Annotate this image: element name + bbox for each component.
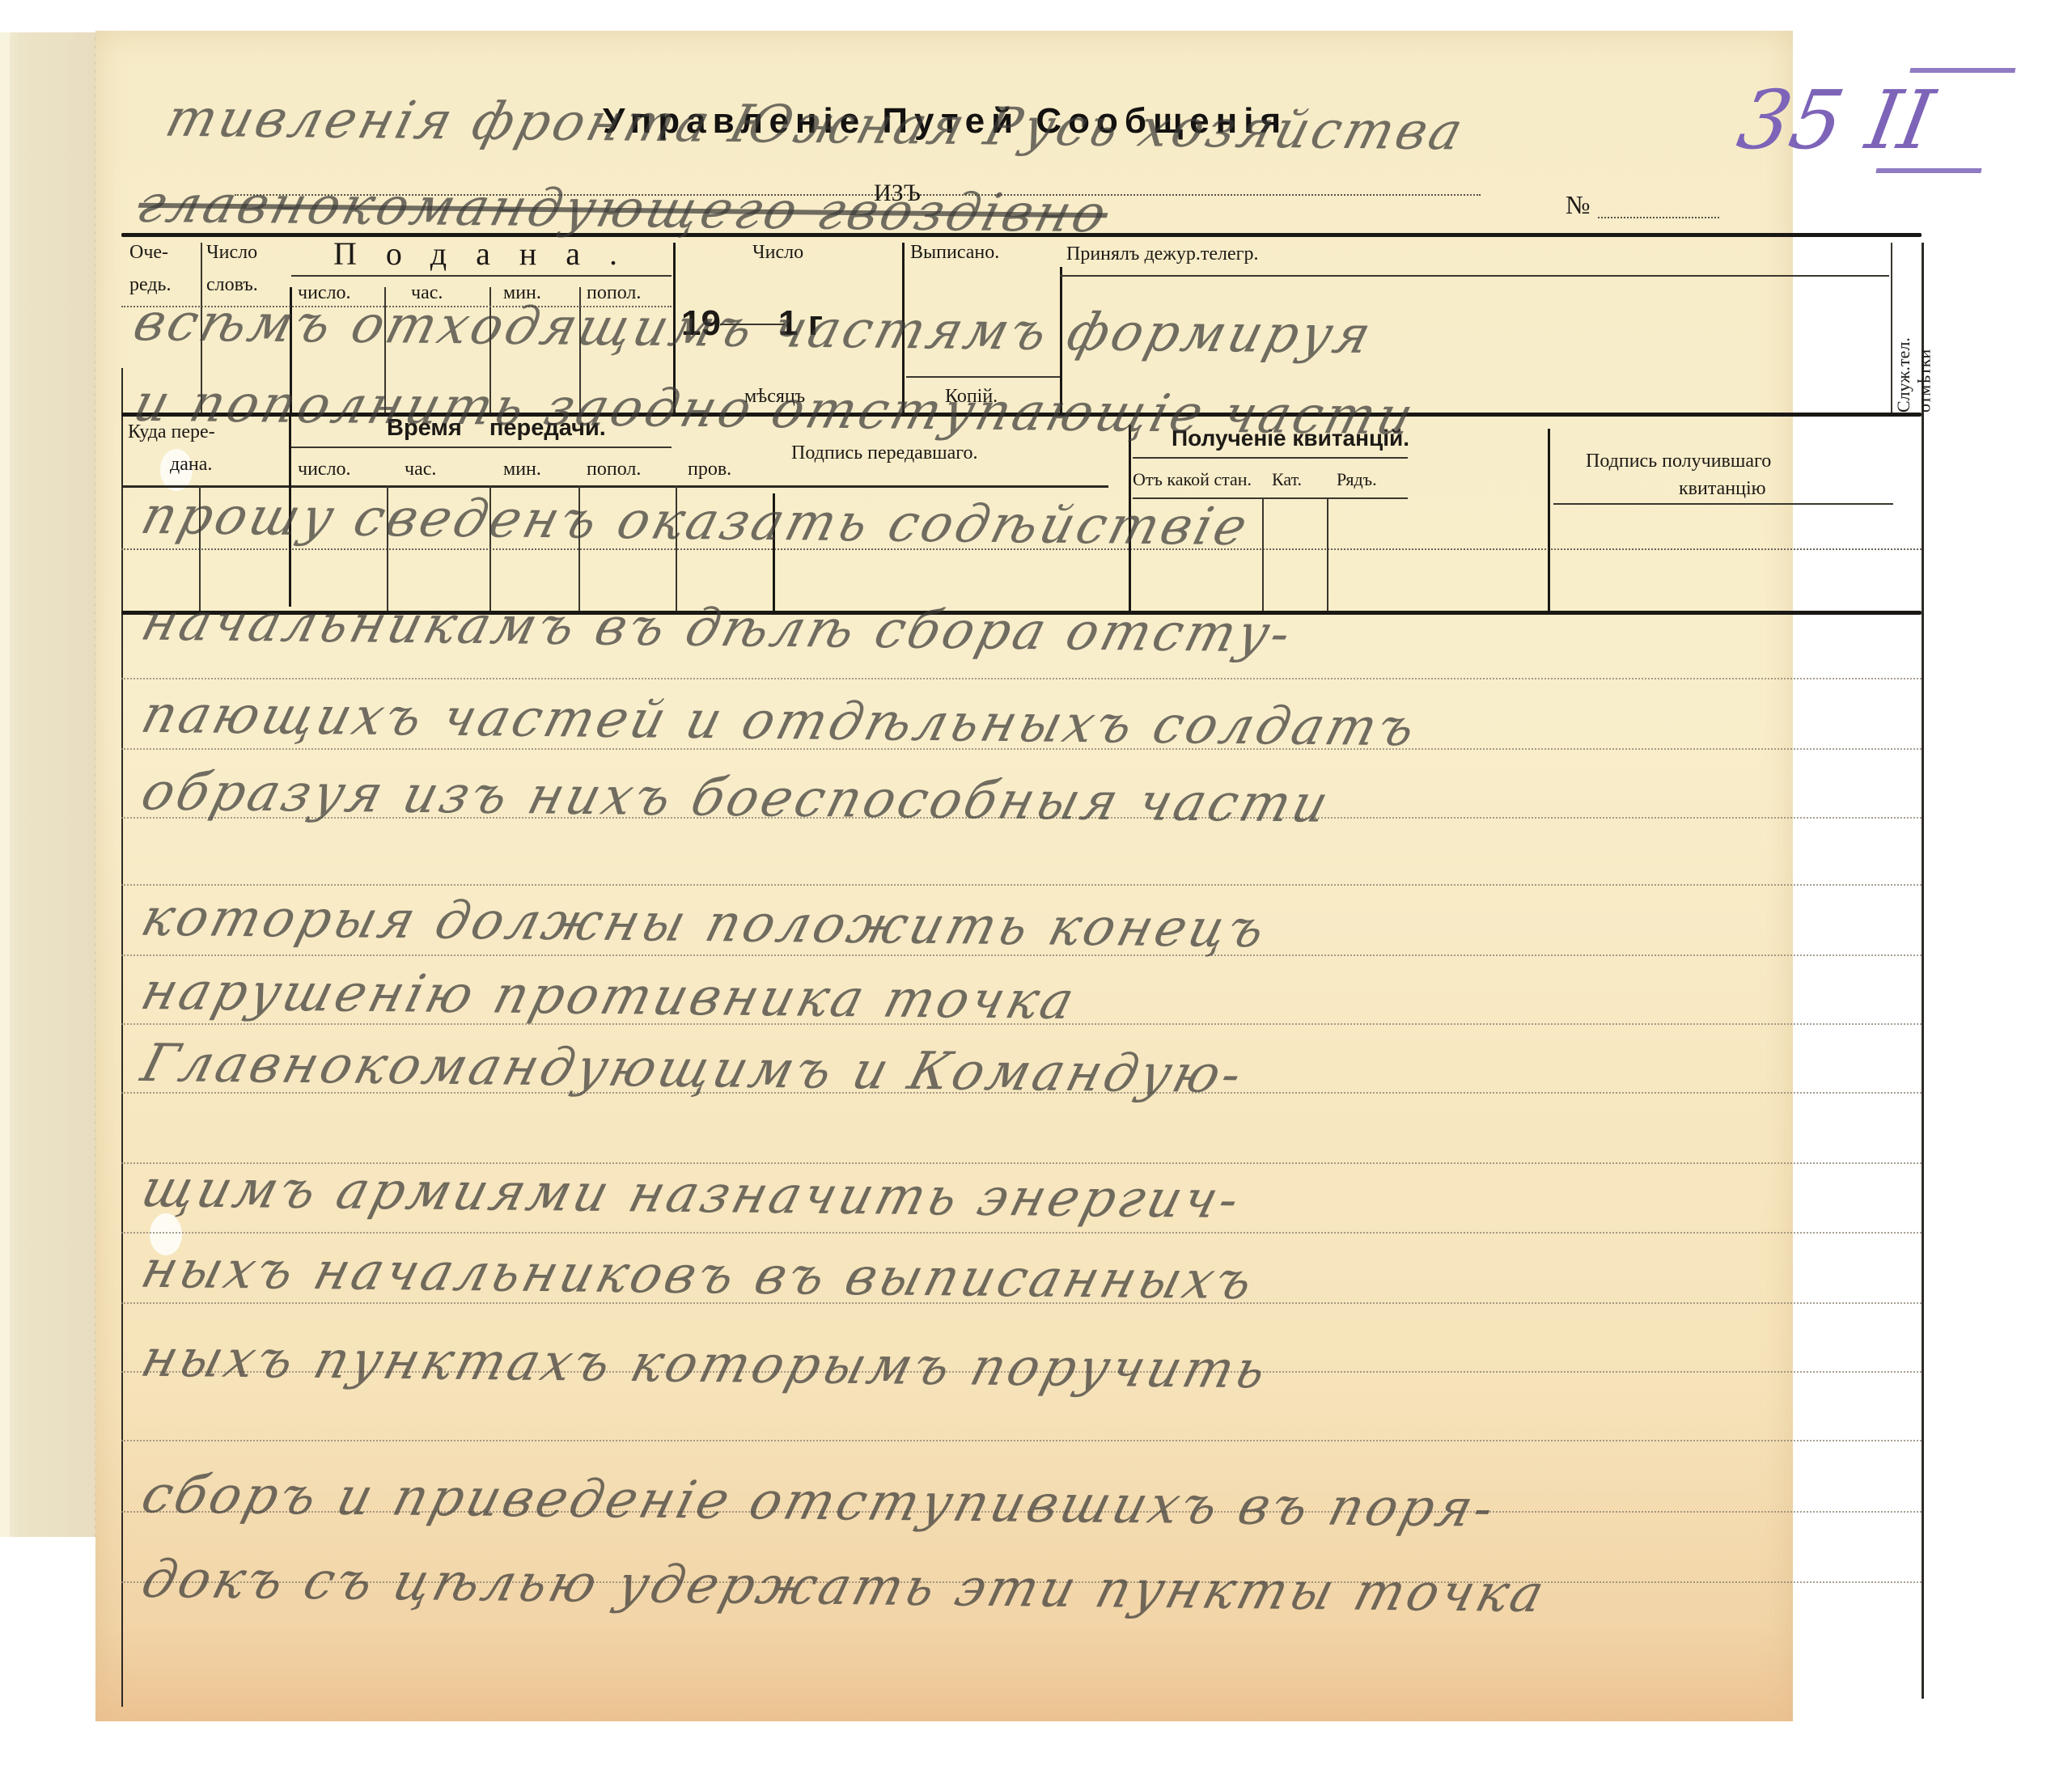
message-line — [121, 678, 1922, 679]
binding-strip — [0, 32, 101, 1537]
word-count-label-2: словъ. — [206, 275, 258, 294]
word-count-label: Число — [206, 243, 257, 262]
receiver-rule — [1553, 503, 1893, 505]
receipts-col-category: Кат. — [1272, 471, 1302, 489]
handwritten-line-2: главнокомандующего гвоздівно — [131, 175, 1116, 245]
accepted-by-label: Принялъ дежур.телегр. — [1066, 244, 1259, 264]
archive-mark-overline — [1909, 68, 2015, 73]
handwritten-line-12: щимъ армиями назначить энергич- — [135, 1159, 1248, 1230]
receipts-col-station: Отъ какой стан. — [1133, 471, 1252, 489]
subheader-rule — [291, 275, 672, 277]
handwritten-line-8: образуя изъ нихъ боеспособныя части — [135, 762, 1337, 834]
divider — [1891, 243, 1892, 413]
service-marks-line-2: отмѣтки — [1913, 349, 1934, 413]
written-label: Выписано. — [910, 243, 999, 262]
archive-mark-text: 35 II — [1731, 73, 1941, 167]
subheader-rule — [291, 447, 672, 448]
handwritten-line-13: ныхъ начальниковъ въ выписанныхъ — [135, 1240, 1261, 1311]
queue-label: Оче- — [129, 243, 168, 262]
service-marks-line-1: Служ.тел. — [1893, 337, 1913, 413]
handwritten-line-14: ныхъ пунктахъ которымъ поручить — [135, 1329, 1275, 1401]
service-marks-label: Служ.тел. отмѣтки — [1893, 283, 1934, 413]
copies-rule — [906, 376, 1060, 378]
receiver-signature-label-2: квитанцію — [1679, 479, 1766, 498]
archive-mark: 35 II — [1731, 73, 1941, 167]
divider — [1262, 497, 1264, 611]
where-transmitted-label-2: дана. — [170, 455, 212, 474]
receiver-signature-label: Подпись получившаго — [1586, 451, 1771, 471]
handwritten-line-6: начальникамъ въ дѣлѣ сбора отсту- — [135, 593, 1299, 665]
transmission-col-hour: час. — [405, 459, 436, 479]
date-label: Число — [752, 243, 803, 262]
form-right-border — [1922, 243, 1924, 1699]
handwritten-line-5: прошу сведенъ оказать содѣйствіе — [135, 486, 1256, 557]
handwritten-line-11: Главнокомандующимъ и Командую- — [135, 1034, 1251, 1105]
number-field-line — [1598, 217, 1719, 218]
transmission-col-check: пров. — [688, 459, 731, 479]
handwritten-line-10: нарушенію противника точка — [135, 962, 1083, 1031]
message-line — [121, 1232, 1922, 1234]
submitted-heading: Подана. — [333, 238, 646, 270]
queue-label-2: редь. — [129, 275, 172, 294]
message-line — [121, 884, 1922, 886]
sender-signature-label: Подпись передавшаго. — [791, 443, 978, 463]
transmission-col-min: мин. — [503, 459, 541, 479]
handwritten-line-9: которыя должны положить конецъ — [135, 888, 1273, 960]
receipts-col-row: Рядъ. — [1337, 471, 1377, 489]
transmission-col-day: число. — [298, 459, 351, 479]
transmission-col-half: попол. — [587, 459, 641, 479]
message-line — [121, 1440, 1922, 1441]
receipts-subrule — [1133, 457, 1408, 459]
subheader-rule — [1060, 275, 1889, 277]
number-label: № — [1566, 190, 1591, 220]
divider — [1327, 497, 1328, 611]
divider — [1548, 429, 1550, 611]
archive-mark-underline — [1875, 168, 1981, 173]
binding-edge — [0, 32, 10, 1537]
form-left-border — [121, 368, 123, 1707]
